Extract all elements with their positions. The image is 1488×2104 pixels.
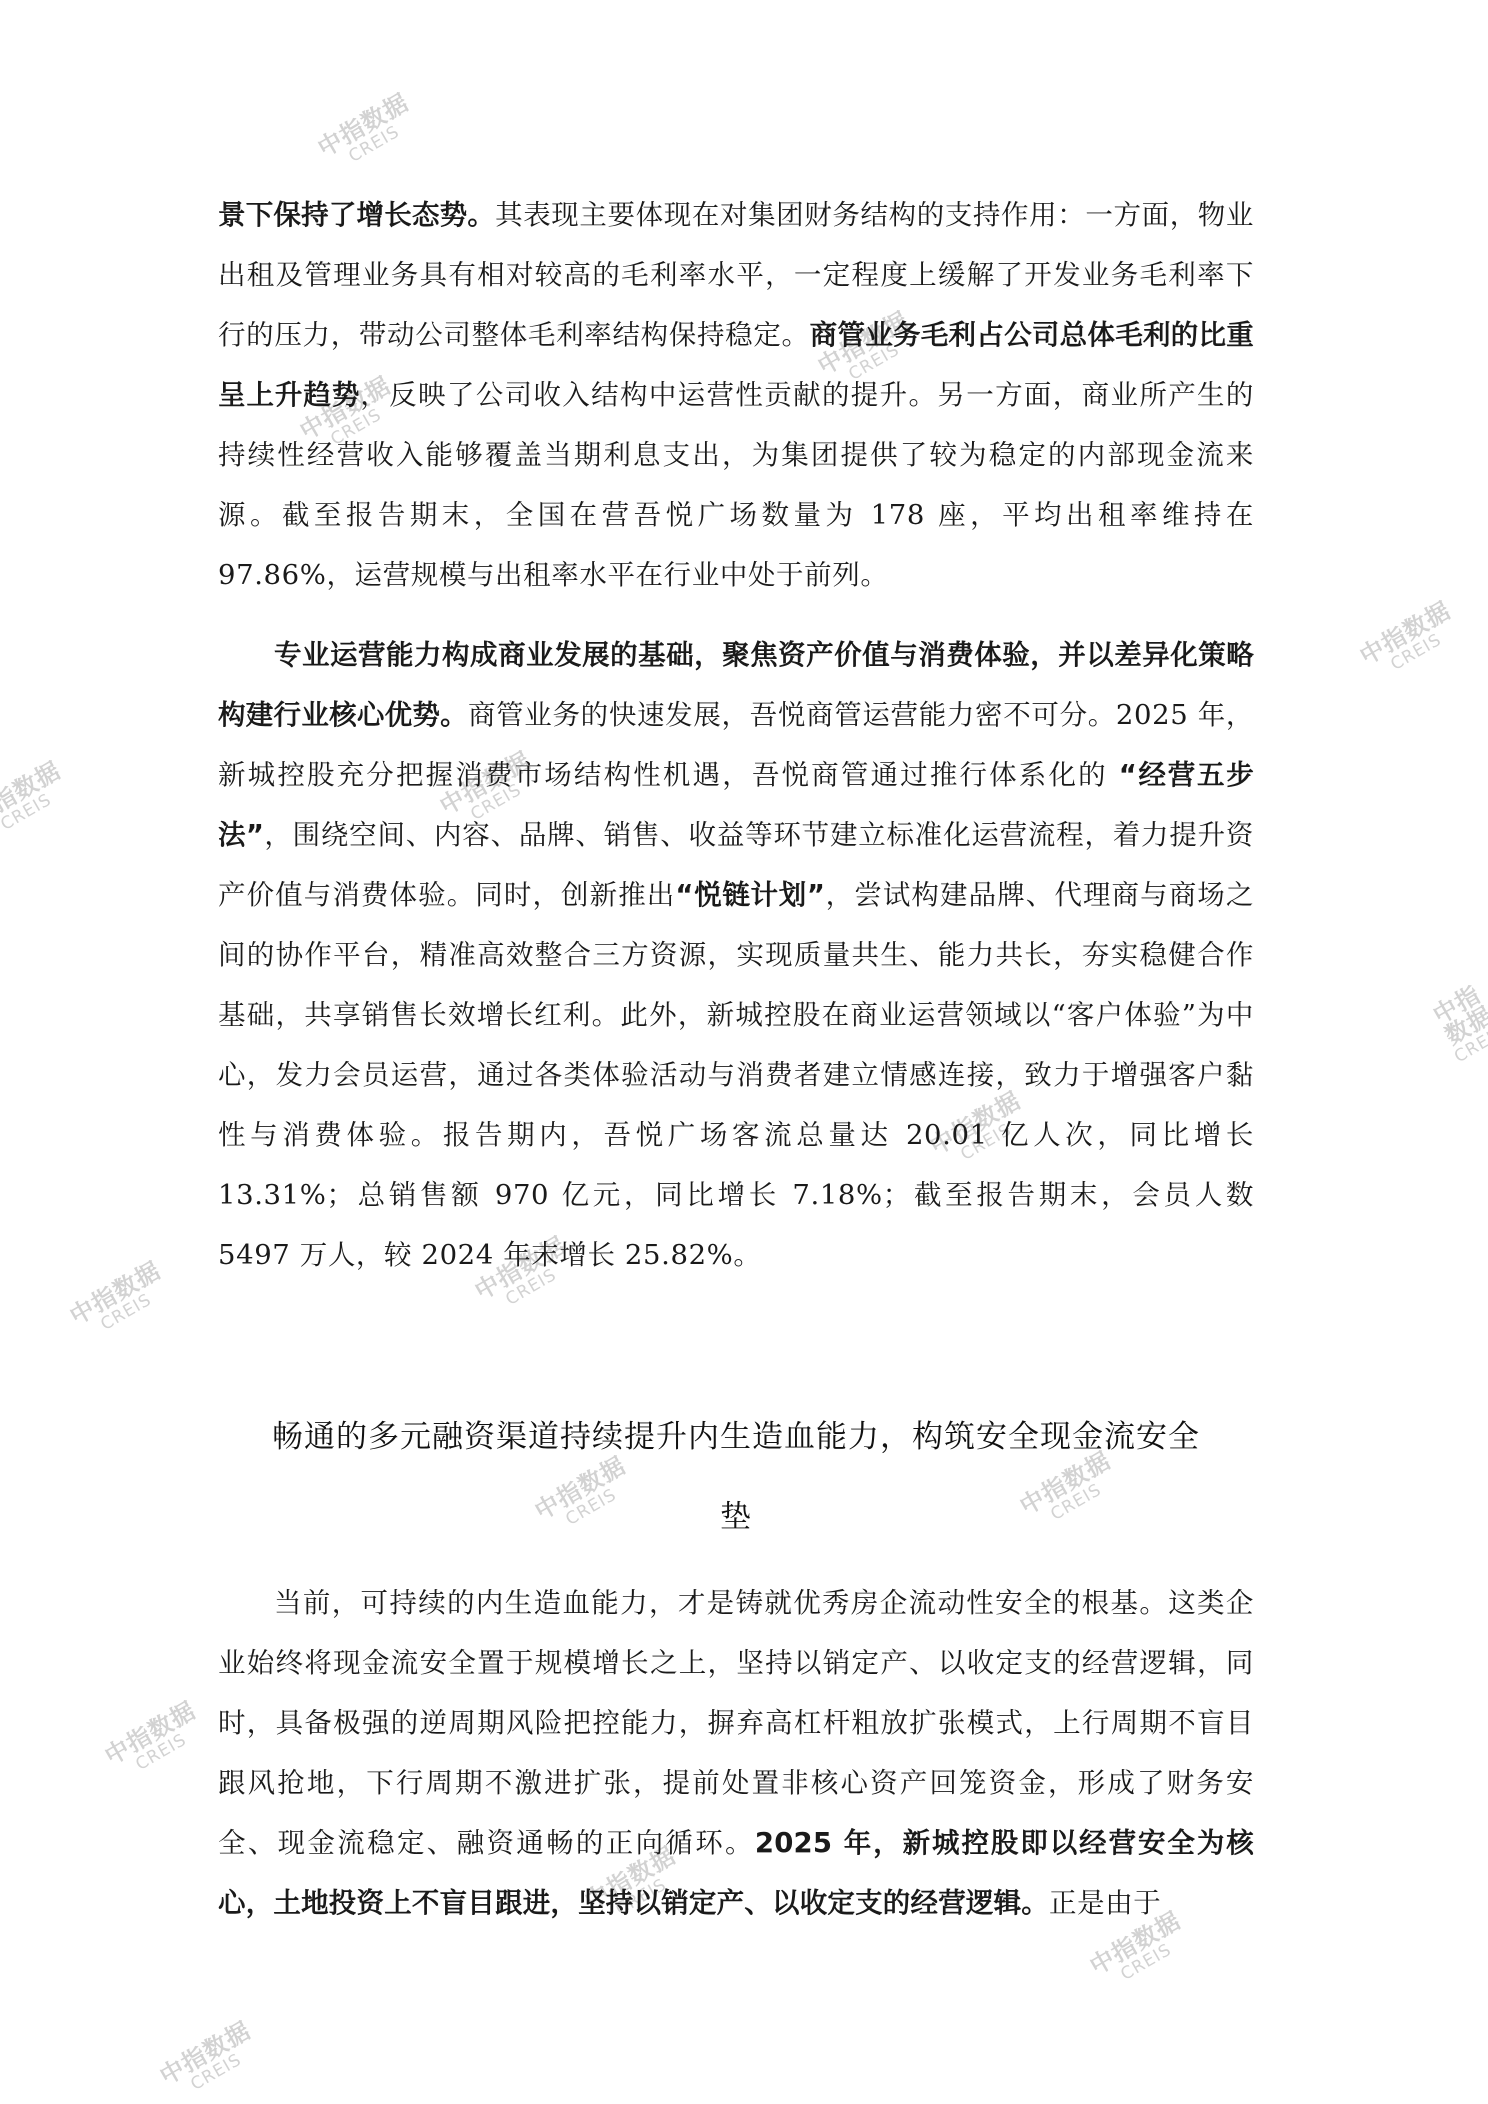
bold-phrase: “悦链计划” <box>675 879 825 911</box>
paragraph-operations-capability: 专业运营能力构成商业发展的基础，聚焦资产价值与消费体验，并以差异化策略构建行业核… <box>218 625 1254 1285</box>
heading-line-2: 垫 <box>218 1477 1254 1557</box>
paragraph-commercial-growth: 景下保持了增长态势。其表现主要体现在对集团财务结构的支持作用：一方面，物业出租及… <box>218 185 1254 605</box>
body-text: 正是由于 <box>1049 1887 1161 1919</box>
watermark: 中指数据 CREIS <box>1427 981 1488 1067</box>
paragraph-cash-flow: 当前，可持续的内生造血能力，才是铸就优秀房企流动性安全的根基。这类企业始终将现金… <box>218 1573 1254 1933</box>
watermark: 中指数据 CREIS <box>101 1698 209 1785</box>
body-text: ，反映了公司收入结构中运营性贡献的提升。另一方面，商业所产生的持续性经营收入能够… <box>218 379 1254 591</box>
watermark: 中指数据 CREIS <box>314 90 422 177</box>
body-text: ，尝试构建品牌、代理商与商场之间的协作平台，精准高效整合三方资源，实现质量共生、… <box>218 879 1254 1271</box>
watermark: 中指数据 CREIS <box>66 1258 174 1345</box>
body-text: 当前，可持续的内生造血能力，才是铸就优秀房企流动性安全的根基。这类企业始终将现金… <box>218 1587 1254 1859</box>
heading-line-1: 畅通的多元融资渠道持续提升内生造血能力，构筑安全现金流安全 <box>218 1397 1254 1477</box>
watermark: 中指数据 CREIS <box>0 758 74 845</box>
document-page: 中指数据 CREIS 中指数据 CREIS 中指数据 CREIS 中指数据 CR… <box>0 0 1488 2104</box>
section-heading: 畅通的多元融资渠道持续提升内生造血能力，构筑安全现金流安全 垫 <box>218 1397 1254 1557</box>
bold-lead: 景下保持了增长态势。 <box>218 199 495 231</box>
watermark: 中指数据 CREIS <box>1356 598 1464 685</box>
watermark: 中指数据 CREIS <box>156 2018 264 2104</box>
document-body: 景下保持了增长态势。其表现主要体现在对集团财务结构的支持作用：一方面，物业出租及… <box>218 185 1254 1933</box>
